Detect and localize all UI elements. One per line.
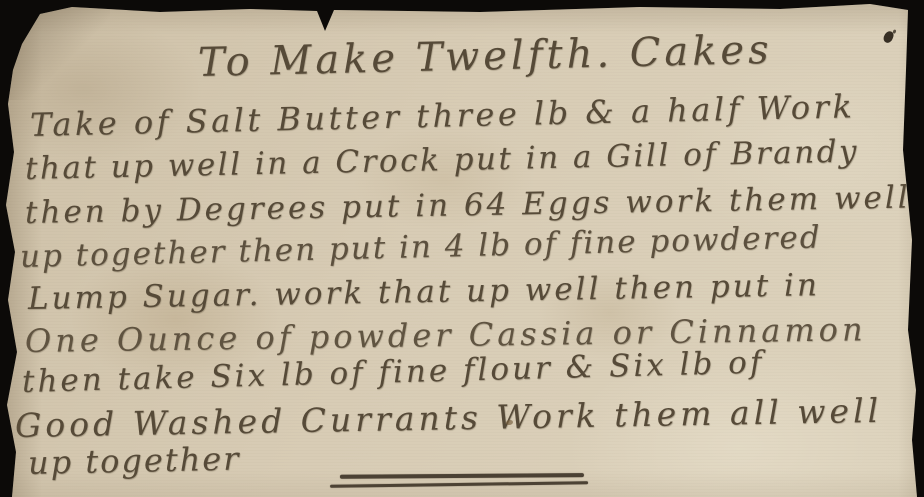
double-rule-divider bbox=[330, 472, 588, 488]
divider-stroke-top bbox=[340, 473, 584, 478]
divider-stroke-bottom bbox=[330, 481, 588, 488]
recipe-line-5: Lump Sugar. work that up well then put i… bbox=[28, 267, 820, 317]
manuscript-page: To Make Twelfth. Cakes Take of Salt Butt… bbox=[0, 0, 924, 497]
recipe-line-2: that up well in a Crock put in a Gill of… bbox=[25, 134, 860, 187]
photo-background: To Make Twelfth. Cakes Take of Salt Butt… bbox=[0, 0, 924, 497]
torn-corner-shadow bbox=[0, 0, 110, 100]
recipe-title: To Make Twelfth. Cakes bbox=[197, 27, 773, 86]
recipe-line-8: Good Washed Currants Work them all well bbox=[15, 391, 883, 445]
ink-blot bbox=[882, 30, 894, 44]
recipe-line-9: up together bbox=[28, 440, 241, 482]
